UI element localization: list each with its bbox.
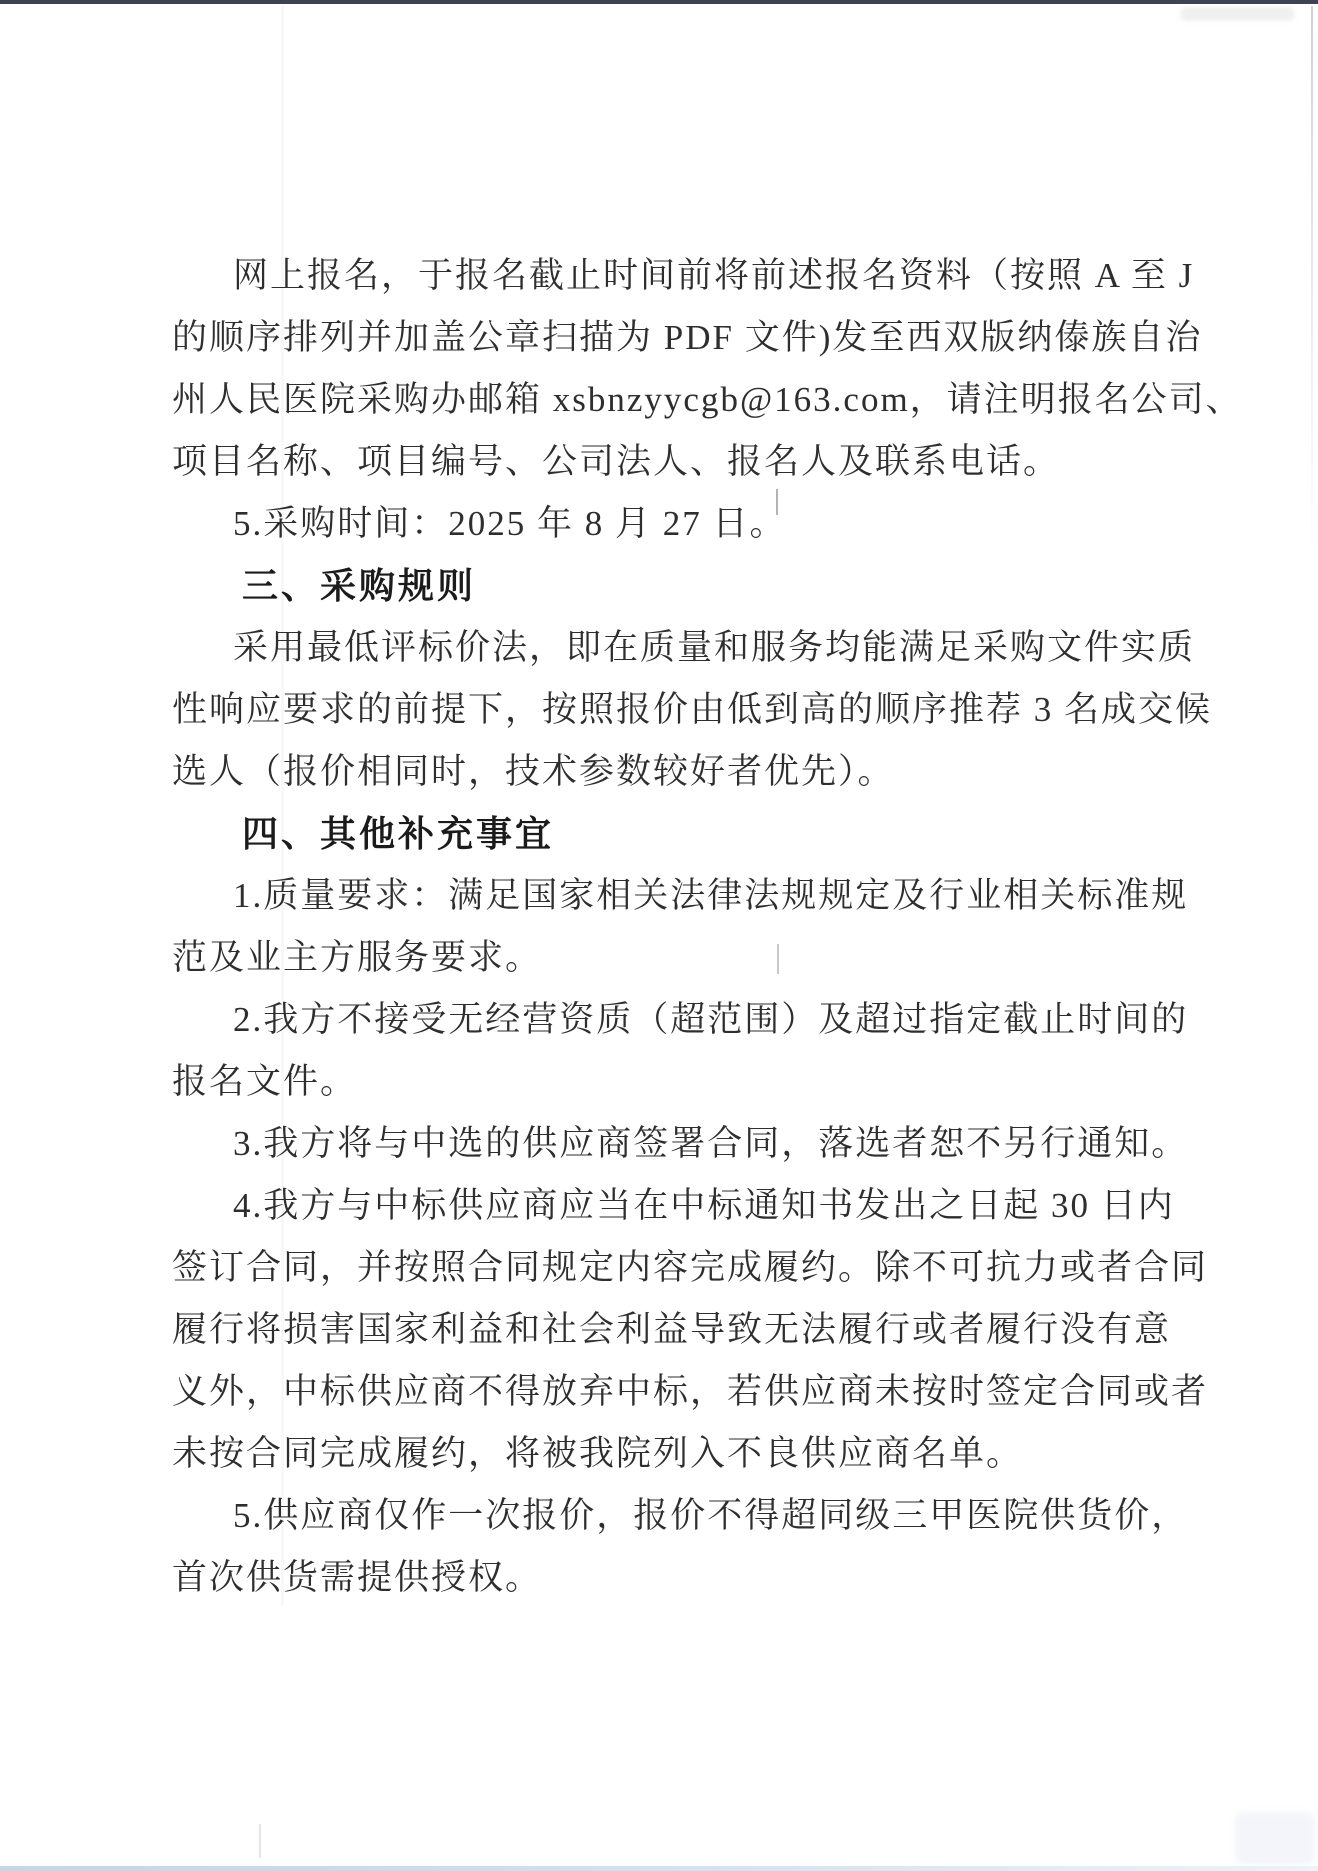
doc-line: 范及业主方服务要求。 — [172, 927, 1147, 989]
scan-artifact-bottom-left — [259, 1824, 261, 1858]
section-heading-procurement-rules: 三、采购规则 — [172, 555, 1147, 617]
doc-line: 首次供货需提供授权。 — [172, 1547, 1147, 1609]
doc-line: 履行将损害国家利益和社会利益导致无法履行或者履行没有意 — [172, 1299, 1147, 1361]
doc-line: 报名文件。 — [172, 1051, 1147, 1113]
doc-line: 签订合同，并按照合同规定内容完成履约。除不可抗力或者合同 — [172, 1237, 1147, 1299]
section-heading-supplementary-matters: 四、其他补充事宜 — [172, 803, 1147, 865]
doc-line: 性响应要求的前提下，按照报价由低到高的顺序推荐 3 名成交候 — [172, 679, 1147, 741]
doc-line: 义外，中标供应商不得放弃中标，若供应商未按时签定合同或者 — [172, 1361, 1147, 1423]
scan-edge-bottom — [0, 1866, 1318, 1871]
doc-line-email: 州人民医院采购办邮箱 xsbnzyycgb@163.com，请注明报名公司、 — [172, 369, 1147, 431]
doc-line: 选人（报价相同时，技术参数较好者优先）。 — [172, 741, 1147, 803]
doc-line: 采用最低评标价法，即在质量和服务均能满足采购文件实质 — [172, 617, 1147, 679]
doc-line: 网上报名，于报名截止时间前将前述报名资料（按照 A 至 J — [172, 245, 1147, 307]
document-page: 网上报名，于报名截止时间前将前述报名资料（按照 A 至 J 的顺序排列并加盖公章… — [0, 0, 1318, 1871]
doc-line: 2.我方不接受无经营资质（超范围）及超过指定截止时间的 — [172, 989, 1147, 1051]
doc-line: 4.我方与中标供应商应当在中标通知书发出之日起 30 日内 — [172, 1175, 1147, 1237]
scan-artifact-right-line — [1311, 6, 1313, 562]
doc-line: 1.质量要求：满足国家相关法律法规规定及行业相关标准规 — [172, 865, 1147, 927]
doc-line: 未按合同完成履约，将被我院列入不良供应商名单。 — [172, 1423, 1147, 1485]
doc-line: 3.我方将与中选的供应商签署合同，落选者恕不另行通知。 — [172, 1113, 1147, 1175]
document-text-block: 网上报名，于报名截止时间前将前述报名资料（按照 A 至 J 的顺序排列并加盖公章… — [172, 245, 1147, 1609]
doc-line-procurement-date: 5.采购时间：2025 年 8 月 27 日。 — [172, 493, 1147, 555]
scan-smudge-top-right — [1180, 7, 1295, 21]
doc-line: 5.供应商仅作一次报价，报价不得超同级三甲医院供货价， — [172, 1485, 1147, 1547]
doc-line: 项目名称、项目编号、公司法人、报名人及联系电话。 — [172, 431, 1147, 493]
doc-line: 的顺序排列并加盖公章扫描为 PDF 文件)发至西双版纳傣族自治 — [172, 307, 1147, 369]
scan-edge-top — [0, 0, 1318, 4]
scan-smudge-bottom-right — [1235, 1812, 1315, 1864]
